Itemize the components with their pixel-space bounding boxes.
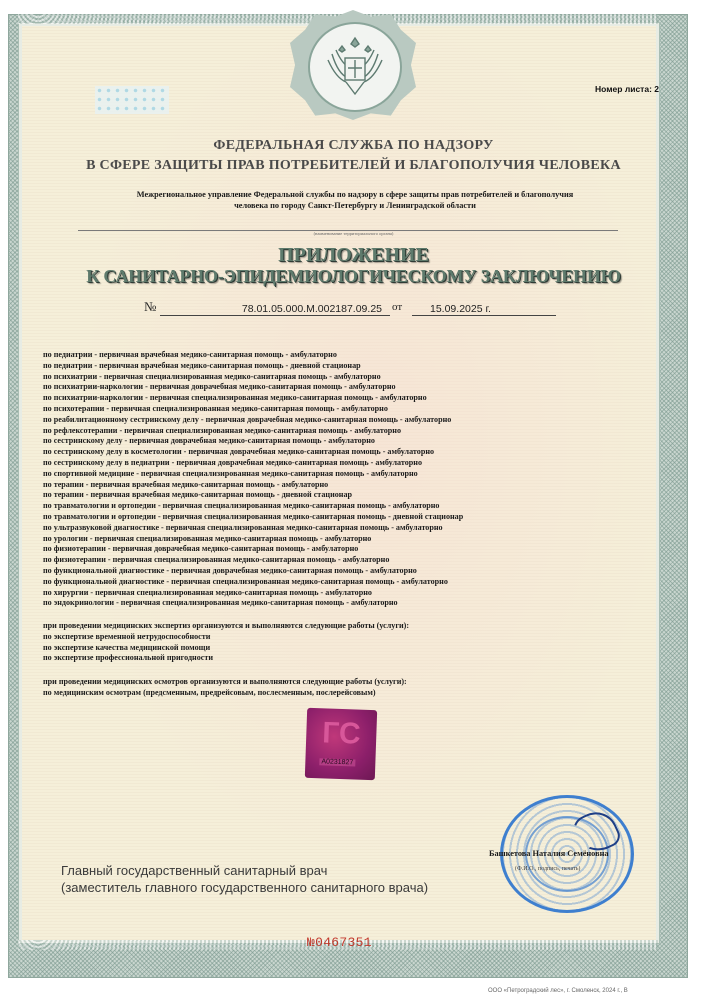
service-item: по психотерапии - первичная специализиро… [43, 404, 603, 415]
rospotrebnadzor-emblem-icon [308, 22, 402, 112]
service-item: по хирургии - первичная специализированн… [43, 588, 603, 599]
agency-title-line2: В СФЕРЕ ЗАЩИТЫ ПРАВ ПОТРЕБИТЕЛЕЙ И БЛАГО… [0, 158, 707, 174]
signer-caption: (Ф.И.О., подпись, печать) [515, 866, 580, 872]
service-item: по травматологии и ортопедии - первичная… [43, 501, 603, 512]
printer-imprint: ООО «Петроградский лес», г. Смоленск, 20… [488, 988, 628, 994]
blank-serial-number: №0467351 [307, 935, 372, 950]
services-list: по педиатрии - первичная врачебная медик… [43, 350, 603, 609]
medical-exam-item: при проведении медицинских осмотров орга… [43, 677, 603, 688]
expertise-list: при проведении медицинских экспертиз орг… [43, 621, 603, 664]
service-item: по сестринскому делу в педиатрии - перви… [43, 458, 603, 469]
service-item: по терапии - первичная врачебная медико-… [43, 480, 603, 491]
expertise-item: по экспертизе профессиональной пригоднос… [43, 653, 603, 664]
service-item: по функциональной диагностике - первична… [43, 577, 603, 588]
hologram-pattern [95, 86, 169, 114]
service-item: по психиатрии-наркологии - первичная дов… [43, 382, 603, 393]
service-item: по педиатрии - первичная врачебная медик… [43, 361, 603, 372]
service-item: по физиотерапии - первичная специализиро… [43, 555, 603, 566]
service-item: по педиатрии - первичная врачебная медик… [43, 350, 603, 361]
service-item: по психиатрии-наркологии - первичная спе… [43, 393, 603, 404]
expertise-item: по экспертизе качества медицинской помощ… [43, 643, 603, 654]
service-item: по сестринскому делу в косметологии - пе… [43, 447, 603, 458]
medical-exams-list: при проведении медицинских осмотров орга… [43, 677, 603, 699]
expertise-item: при проведении медицинских экспертиз орг… [43, 621, 603, 632]
service-item: по ультразвуковой диагностике - первична… [43, 523, 603, 534]
gsen-logo-icon: ГС [322, 716, 361, 751]
regional-office-line2: человека по городу Санкт-Петербургу и Ле… [90, 200, 620, 211]
regional-office-line1: Межрегиональное управление Федеральной с… [90, 189, 620, 200]
date-prefix: от [392, 301, 402, 313]
appendix-subtitle: К САНИТАРНО-ЭПИДЕМИОЛОГИЧЕСКОМУ ЗАКЛЮЧЕН… [0, 266, 707, 287]
service-item: по реабилитационному сестринскому делу -… [43, 415, 603, 426]
service-item: по спортивной медицине - первичная специ… [43, 469, 603, 480]
number-sign: № [144, 299, 156, 315]
conclusion-date: 15.09.2025 г. [412, 303, 556, 316]
signature-title: Главный государственный санитарный врач … [61, 862, 428, 896]
service-item: по эндокринологии - первичная специализи… [43, 598, 603, 609]
regional-office: Межрегиональное управление Федеральной с… [90, 189, 620, 211]
service-item: по травматологии и ортопедии - первичная… [43, 512, 603, 523]
service-item: по терапии - первичная врачебная медико-… [43, 490, 603, 501]
signer-name: Башкетова Наталия Семёновна [489, 849, 609, 858]
sticker-serial: A0231827 [319, 758, 355, 766]
regional-office-caption: (наименование территориального органа) [0, 231, 707, 236]
conclusion-number: 78.01.05.000.М.002187.09.25 [160, 303, 390, 316]
service-item: по психиатрии - первичная специализирова… [43, 372, 603, 383]
hologram-sticker: ГС A0231827 [305, 708, 377, 780]
appendix-title: ПРИЛОЖЕНИЕ [0, 244, 707, 267]
medical-exam-item: по медицинским осмотрам (предсменным, пр… [43, 688, 603, 699]
signature-title-line2: (заместитель главного государственного с… [61, 879, 428, 896]
service-item: по рефлексотерапии - первичная специализ… [43, 426, 603, 437]
agency-title-line1: ФЕДЕРАЛЬНАЯ СЛУЖБА ПО НАДЗОРУ [0, 138, 707, 154]
sheet-number: Номер листа: 2 [595, 84, 659, 94]
service-item: по сестринскому делу - первичная довраче… [43, 436, 603, 447]
expertise-item: по экспертизе временной нетрудоспособнос… [43, 632, 603, 643]
signature-title-line1: Главный государственный санитарный врач [61, 862, 428, 879]
service-item: по урологии - первичная специализированн… [43, 534, 603, 545]
service-item: по физиотерапии - первичная доврачебная … [43, 544, 603, 555]
service-item: по функциональной диагностике - первична… [43, 566, 603, 577]
